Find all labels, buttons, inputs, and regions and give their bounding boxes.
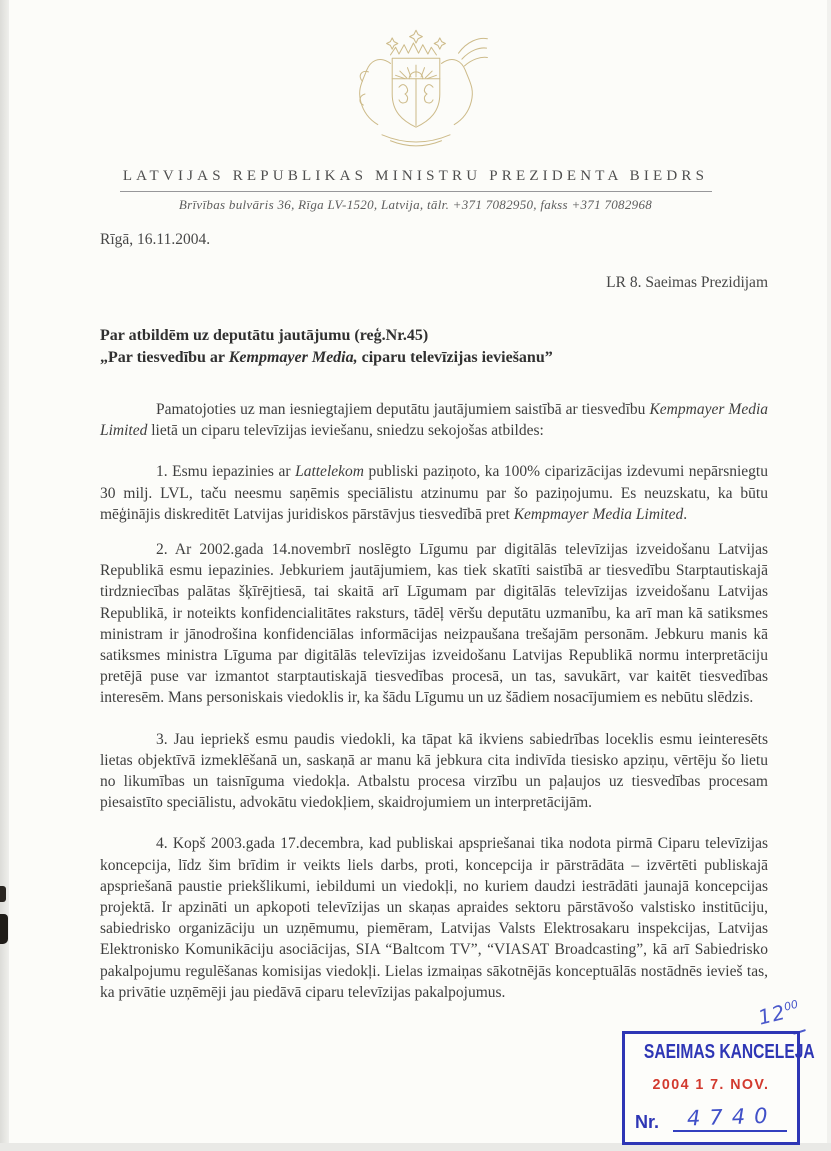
letterhead-title: LATVIJAS REPUBLIKAS MINISTRU PREZIDENTA … [0, 168, 831, 185]
paragraph-text: lietā un ciparu televīzijas ieviešanu, s… [147, 422, 543, 439]
stamp-number-row: Nr. 4740 [635, 1105, 787, 1135]
subject-line-2-text: „Par tiesvedību ar [100, 349, 229, 366]
handwritten-time-minutes: 00 [783, 998, 800, 1014]
stamp-date: 2004 1 7. NOV. [629, 1076, 792, 1093]
paragraph-2: 2. Ar 2002.gada 14.novembrī noslēgto Līg… [100, 539, 768, 709]
subject-company-name: Kempmayer Media, [229, 349, 358, 366]
subject-block: Par atbildēm uz deputātu jautājumu (reģ.… [100, 325, 768, 368]
letterhead-address: Brīvības bulvāris 36, Rīga LV-1520, Latv… [0, 197, 831, 213]
paragraphs: Pamatojoties uz man iesniegtajiem deputā… [100, 399, 768, 1003]
paragraph-text: . [683, 506, 687, 523]
paragraph-text: Pamatojoties uz man iesniegtajiem deputā… [156, 401, 649, 418]
stamp-number-handwritten: 4740 [687, 1103, 777, 1130]
subject-line-1: Par atbildēm uz deputātu jautājumu (reģ.… [100, 325, 768, 347]
subject-line-2: „Par tiesvedību ar Kempmayer Media, cipa… [100, 347, 768, 369]
latvia-coat-of-arms-icon [331, 26, 501, 162]
scanned-letter-page: LATVIJAS REPUBLIKAS MINISTRU PREZIDENTA … [0, 0, 831, 1151]
paragraph-text: 1. Esmu iepazinies ar [156, 463, 295, 480]
paragraph-4: 4. Kopš 2003.gada 17.decembra, kad publi… [100, 833, 768, 1003]
paragraph-1: 1. Esmu iepazinies ar Lattelekom publisk… [100, 461, 768, 525]
registry-stamp: SAEIMAS KANCELEJA 2004 1 7. NOV. Nr. 474… [622, 1031, 800, 1145]
stamp-organization: SAEIMAS KANCELEJA [644, 1041, 778, 1064]
paragraph-3: 3. Jau iepriekš esmu paudis viedokli, ka… [100, 729, 768, 814]
company-name: Lattelekom [295, 463, 364, 480]
letterhead-rule [120, 191, 712, 192]
stamp-number-label: Nr. [635, 1112, 659, 1133]
place-and-date: Rīgā, 16.11.2004. [100, 231, 768, 249]
addressee: LR 8. Saeimas Prezidijam [100, 274, 768, 292]
letter-body: Rīgā, 16.11.2004. LR 8. Saeimas Prezidij… [0, 231, 831, 1003]
subject-line-2-text: ciparu televīzijas ieviešanu” [358, 349, 553, 366]
company-name: Kempmayer Media Limited [514, 506, 684, 523]
letterhead: LATVIJAS REPUBLIKAS MINISTRU PREZIDENTA … [0, 0, 831, 213]
paragraph-intro: Pamatojoties uz man iesniegtajiem deputā… [100, 399, 768, 441]
